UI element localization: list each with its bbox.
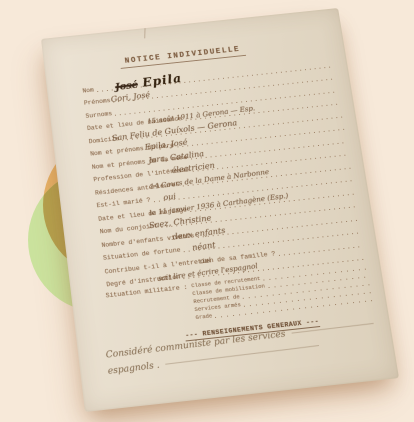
military-label: Situation militaire : — [105, 284, 192, 331]
document-title: NOTICE INDIVIDUELLE — [119, 45, 245, 69]
field-value-handwritten: oui — [163, 191, 177, 202]
military-sublabel: Grade — [195, 312, 212, 321]
note-text: espagnols . — [107, 360, 160, 376]
photo-background: NOTICE INDIVIDUELLE NomJoséEpilaPrénomsG… — [0, 0, 414, 422]
field-value-handwritten: oui — [199, 256, 211, 265]
paper-crease — [144, 28, 145, 38]
form-fields: NomJoséEpilaPrénomsGori, JoséSurnomsDate… — [81, 56, 365, 289]
document-paper: NOTICE INDIVIDUELLE NomJoséEpilaPrénomsG… — [41, 8, 399, 412]
